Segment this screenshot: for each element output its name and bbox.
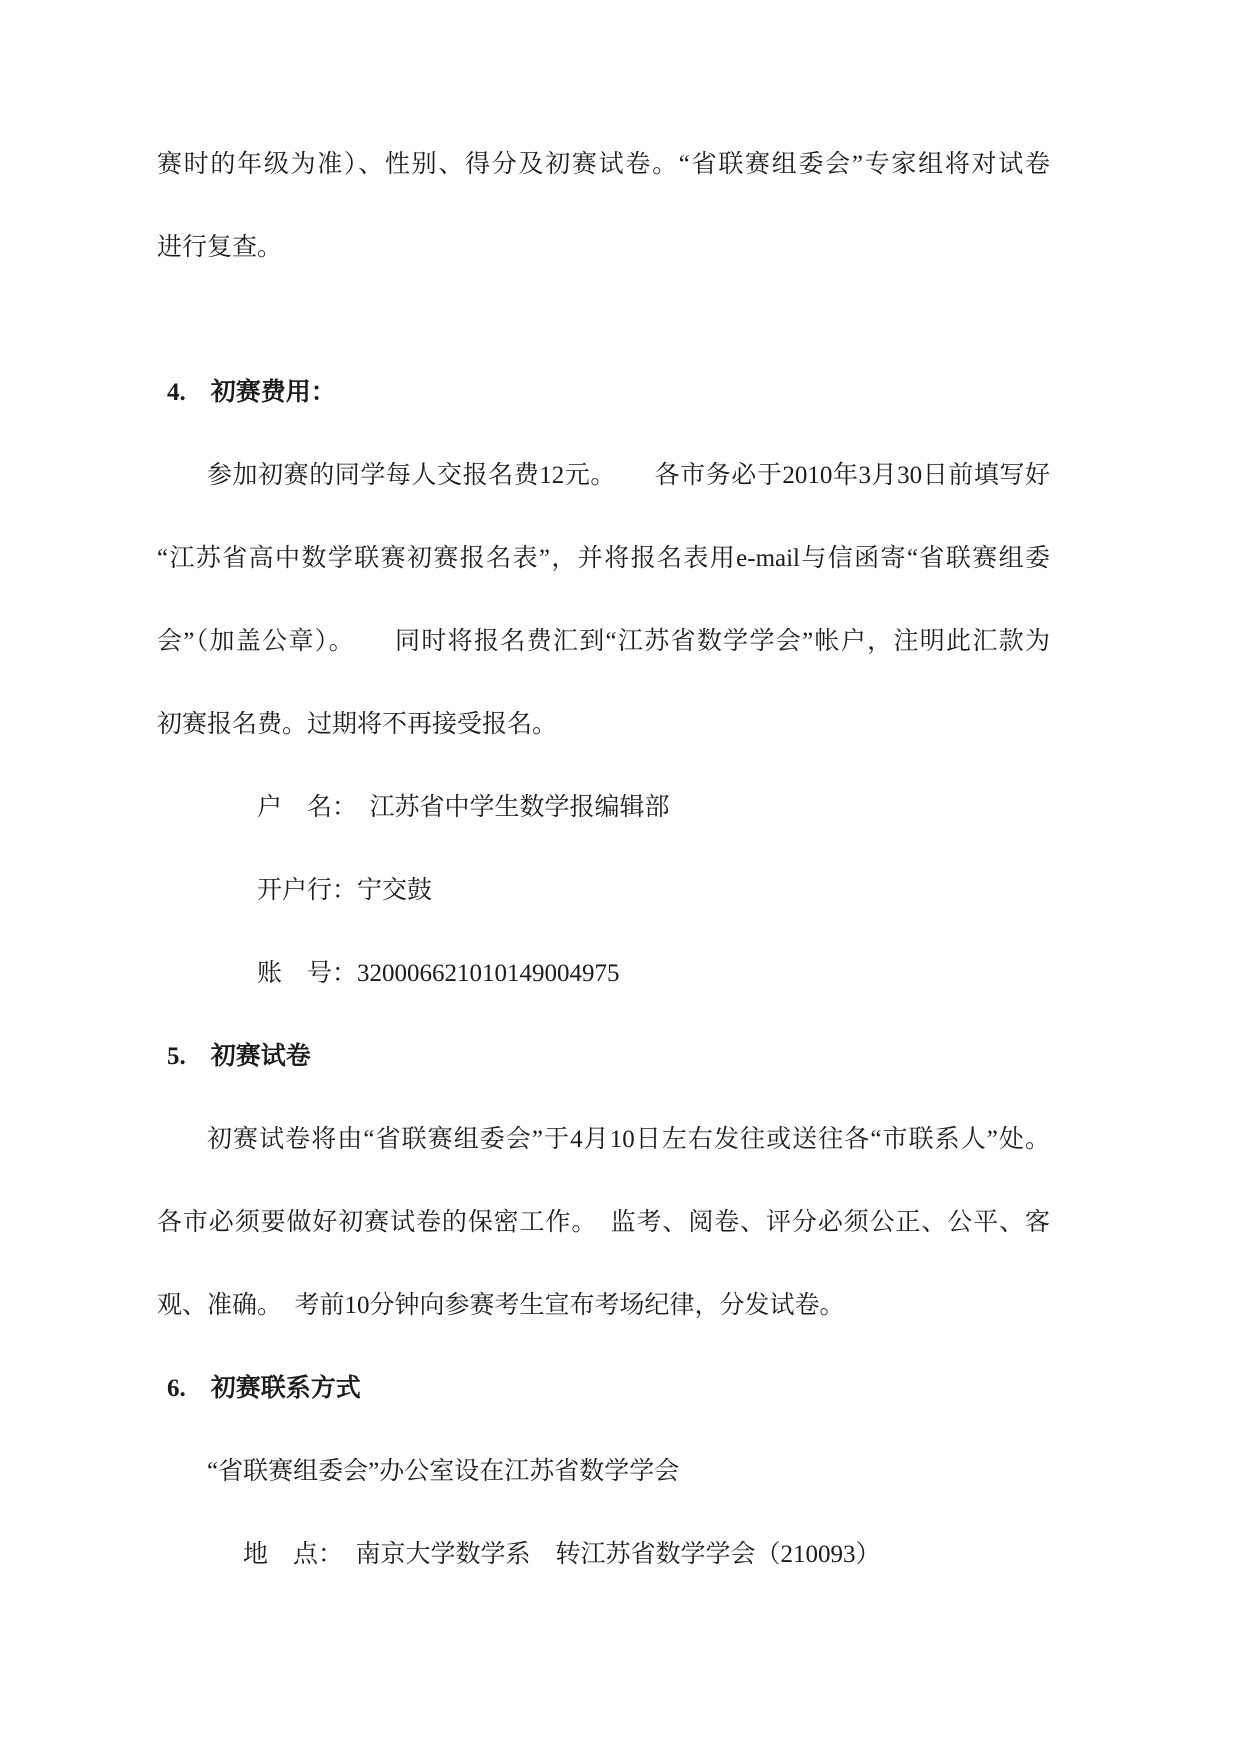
paper-paragraph-line-2: 各市必须要做好初赛试卷的保密工作。 监考、阅卷、评分必须公正、公平、客 <box>157 1181 1050 1264</box>
section-6-heading: 6. 初赛联系方式 <box>157 1347 1050 1430</box>
contact-office-line: “省联赛组委会”办公室设在江苏省数学学会 <box>157 1430 1050 1513</box>
fee-paragraph-line-4: 初赛报名费。过期将不再接受报名。 <box>157 683 1050 766</box>
intro-line-2: 进行复查。 <box>157 206 1050 289</box>
account-bank-line: 开户行：宁交鼓 <box>157 849 1050 932</box>
account-holder-line: 户 名： 江苏省中学生数学报编辑部 <box>157 766 1050 849</box>
document-body: 赛时的年级为准）、性别、得分及初赛试卷。“省联赛组委会”专家组将对试卷 进行复查… <box>157 123 1050 1596</box>
fee-paragraph-line-1: 参加初赛的同学每人交报名费12元。 各市务必于2010年3月30日前填写好 <box>157 434 1050 517</box>
contact-address-line: 地 点： 南京大学数学系 转江苏省数学学会（210093） <box>157 1513 1050 1596</box>
paragraph-gap <box>157 289 1050 351</box>
intro-line-1: 赛时的年级为准）、性别、得分及初赛试卷。“省联赛组委会”专家组将对试卷 <box>157 123 1050 206</box>
fee-paragraph-line-2: “江苏省高中数学联赛初赛报名表”，并将报名表用e-mail与信函寄“省联赛组委 <box>157 517 1050 600</box>
fee-paragraph-line-3: 会”（加盖公章）。 同时将报名费汇到“江苏省数学学会”帐户，注明此汇款为 <box>157 600 1050 683</box>
section-4-heading: 4. 初赛费用： <box>157 351 1050 434</box>
paper-paragraph-line-3: 观、准确。 考前10分钟向参赛考生宣布考场纪律，分发试卷。 <box>157 1264 1050 1347</box>
section-5-heading: 5. 初赛试卷 <box>157 1015 1050 1098</box>
document-page: 赛时的年级为准）、性别、得分及初赛试卷。“省联赛组委会”专家组将对试卷 进行复查… <box>0 0 1241 1754</box>
paper-paragraph-line-1: 初赛试卷将由“省联赛组委会”于4月10日左右发往或送往各“市联系人”处。 <box>157 1098 1050 1181</box>
account-number-line: 账 号：320006621010149004975 <box>157 932 1050 1015</box>
